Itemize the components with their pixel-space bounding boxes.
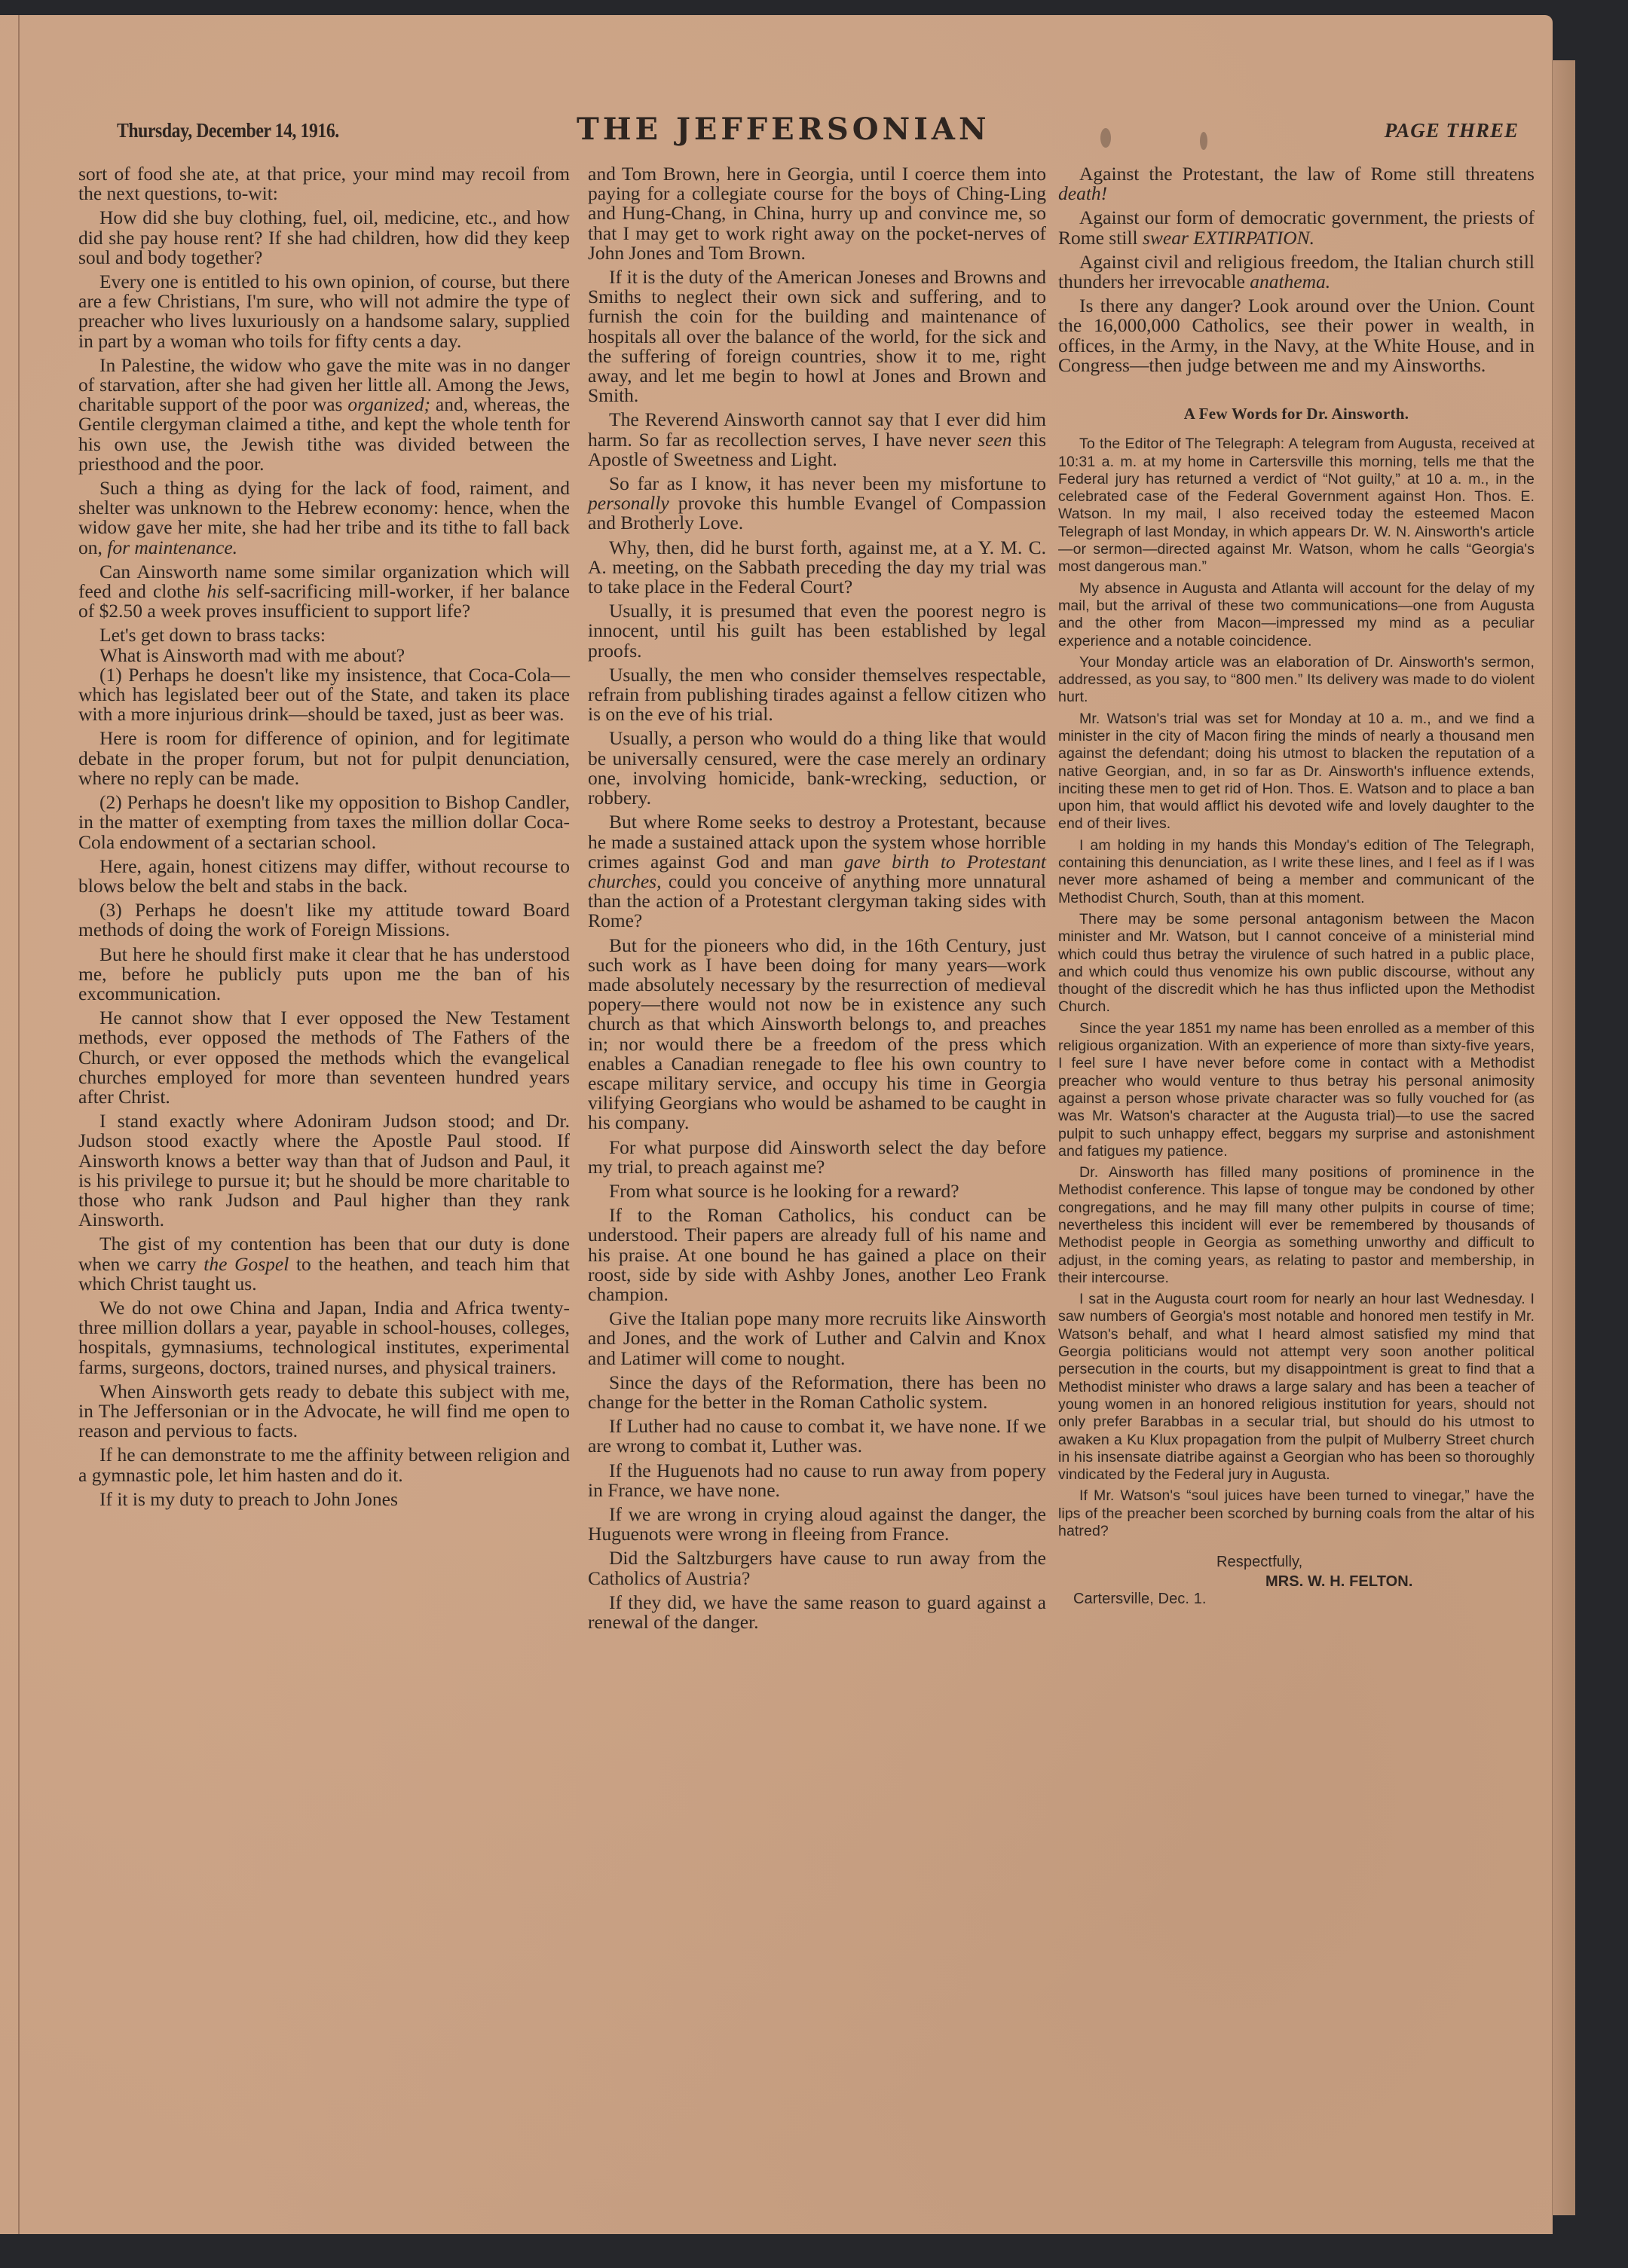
letter-paragraph: Dr. Ainsworth has filled many positions … bbox=[1058, 1164, 1535, 1287]
ink-smudge bbox=[1100, 128, 1111, 148]
binding-gutter-line bbox=[18, 15, 20, 2234]
article-paragraph: If we are wrong in crying aloud against … bbox=[588, 1505, 1046, 1544]
article-paragraph: If the Huguenots had no cause to run awa… bbox=[588, 1461, 1046, 1500]
emphasis: swear EXTIRPATION. bbox=[1143, 227, 1314, 249]
article-paragraph: In Palestine, the widow who gave the mit… bbox=[78, 356, 570, 474]
letter-paragraph: To the Editor of The Telegraph: A telegr… bbox=[1058, 436, 1535, 576]
article-paragraph: If it is my duty to preach to John Jones bbox=[78, 1490, 570, 1509]
letter-body: To the Editor of The Telegraph: A telegr… bbox=[1058, 436, 1535, 1608]
emphasis: anathema. bbox=[1250, 271, 1330, 292]
article-paragraph: If Luther had no cause to combat it, we … bbox=[588, 1417, 1046, 1456]
article-paragraph: I stand exactly where Adoniram Judson st… bbox=[78, 1111, 570, 1230]
article-paragraph: If they did, we have the same reason to … bbox=[588, 1593, 1046, 1632]
article-paragraph: Let's get down to brass tacks: bbox=[78, 625, 570, 645]
letter-signature: MRS. W. H. FELTON. bbox=[1265, 1573, 1535, 1591]
article-paragraph: and Tom Brown, here in Georgia, until I … bbox=[588, 164, 1046, 263]
article-paragraph: The gist of my contention has been that … bbox=[78, 1234, 570, 1294]
letter-paragraph: Since the year 1851 my name has been enr… bbox=[1058, 1020, 1535, 1160]
article-paragraph: Can Ainsworth name some similar organiza… bbox=[78, 562, 570, 622]
article-paragraph: The Reverend Ainsworth cannot say that I… bbox=[588, 410, 1046, 469]
article-paragraph: Such a thing as dying for the lack of fo… bbox=[78, 478, 570, 558]
emphasis: death! bbox=[1058, 182, 1107, 204]
letter-closing: Respectfully, bbox=[1216, 1554, 1535, 1571]
letter-paragraph: If Mr. Watson's “soul juices have been t… bbox=[1058, 1487, 1535, 1540]
article-paragraph: He cannot show that I ever opposed the N… bbox=[78, 1008, 570, 1107]
letter-paragraph: Mr. Watson's trial was set for Monday at… bbox=[1058, 711, 1535, 833]
column-right: Against the Protestant, the law of Rome … bbox=[1058, 164, 1535, 1608]
newspaper-title: THE JEFFERSONIAN bbox=[577, 112, 990, 147]
article-paragraph: If he can demonstrate to me the affinity… bbox=[78, 1445, 570, 1484]
article-paragraph: Give the Italian pope many more recruits… bbox=[588, 1309, 1046, 1368]
article-paragraph: (3) Perhaps he doesn't like my attitude … bbox=[78, 900, 570, 940]
letter-paragraph: There may be some personal antagonism be… bbox=[1058, 911, 1535, 1016]
article-paragraph: Here, again, honest citizens may differ,… bbox=[78, 857, 570, 896]
article-paragraph: Why, then, did he burst forth, against m… bbox=[588, 538, 1046, 598]
emphasis: his bbox=[207, 580, 229, 602]
issue-date: Thursday, December 14, 1916. bbox=[117, 119, 339, 142]
letter-paragraph: I am holding in my hands this Monday's e… bbox=[1058, 837, 1535, 907]
article-paragraph: Against our form of democratic governmen… bbox=[1058, 208, 1535, 247]
article-paragraph: But for the pioneers who did, in the 16t… bbox=[588, 936, 1046, 1133]
article-paragraph: Usually, a person who would do a thing l… bbox=[588, 729, 1046, 808]
article-paragraph: If to the Roman Catholics, his conduct c… bbox=[588, 1206, 1046, 1304]
article-paragraph: (2) Perhaps he doesn't like my oppositio… bbox=[78, 793, 570, 852]
article-paragraph: We do not owe China and Japan, India and… bbox=[78, 1298, 570, 1377]
emphasis: gave birth to Protestant churches, bbox=[588, 851, 1046, 892]
letter-dateline: Cartersville, Dec. 1. bbox=[1073, 1591, 1535, 1608]
article-paragraph: Every one is entitled to his own opinion… bbox=[78, 272, 570, 351]
article-paragraph: When Ainsworth gets ready to debate this… bbox=[78, 1382, 570, 1441]
letter-paragraph: Your Monday article was an elaboration o… bbox=[1058, 654, 1535, 707]
article-paragraph: Against the Protestant, the law of Rome … bbox=[1058, 164, 1535, 203]
article-paragraph: Since the days of the Reformation, there… bbox=[588, 1373, 1046, 1412]
article-paragraph: Usually, it is presumed that even the po… bbox=[588, 601, 1046, 661]
article-paragraph: What is Ainsworth mad with me about? bbox=[78, 646, 570, 665]
article-paragraph: But where Rome seeks to destroy a Protes… bbox=[588, 812, 1046, 931]
article-paragraph: Did the Saltzburgers have cause to run a… bbox=[588, 1548, 1046, 1588]
letter-paragraph: My absence in Augusta and Atlanta will a… bbox=[1058, 580, 1535, 650]
article-paragraph: So far as I know, it has never been my m… bbox=[588, 474, 1046, 533]
letter-heading: A Few Words for Dr. Ainsworth. bbox=[1058, 404, 1535, 423]
article-paragraph: sort of food she ate, at that price, you… bbox=[78, 164, 570, 203]
article-paragraph: Here is room for difference of opinion, … bbox=[78, 729, 570, 788]
article-paragraph: Against civil and religious freedom, the… bbox=[1058, 252, 1535, 292]
article-paragraph: If it is the duty of the American Jonese… bbox=[588, 267, 1046, 405]
article-paragraph: For what purpose did Ainsworth select th… bbox=[588, 1138, 1046, 1177]
emphasis: organized; bbox=[347, 393, 430, 415]
article-paragraph: Usually, the men who consider themselves… bbox=[588, 665, 1046, 725]
newspaper-page: Thursday, December 14, 1916. THE JEFFERS… bbox=[0, 15, 1553, 2234]
column-middle: and Tom Brown, here in Georgia, until I … bbox=[588, 164, 1046, 1637]
column-left: sort of food she ate, at that price, you… bbox=[78, 164, 570, 1514]
ink-smudge bbox=[1200, 132, 1207, 150]
article-paragraph: From what source is he looking for a rew… bbox=[588, 1181, 1046, 1201]
emphasis: the Gospel bbox=[203, 1253, 289, 1275]
page-number: PAGE THREE bbox=[1385, 119, 1519, 142]
letter-paragraph: I sat in the Augusta court room for near… bbox=[1058, 1291, 1535, 1484]
emphasis: for maintenance. bbox=[107, 536, 237, 558]
emphasis: personally bbox=[588, 492, 669, 514]
page-stack-edge bbox=[1552, 60, 1575, 2215]
article-paragraph: Is there any danger? Look around over th… bbox=[1058, 296, 1535, 375]
emphasis: seen bbox=[978, 429, 1011, 451]
masthead: Thursday, December 14, 1916. THE JEFFERS… bbox=[117, 112, 1519, 149]
article-paragraph: (1) Perhaps he doesn't like my insistenc… bbox=[78, 665, 570, 725]
article-paragraph: How did she buy clothing, fuel, oil, med… bbox=[78, 208, 570, 267]
article-paragraph: But here he should first make it clear t… bbox=[78, 945, 570, 1004]
